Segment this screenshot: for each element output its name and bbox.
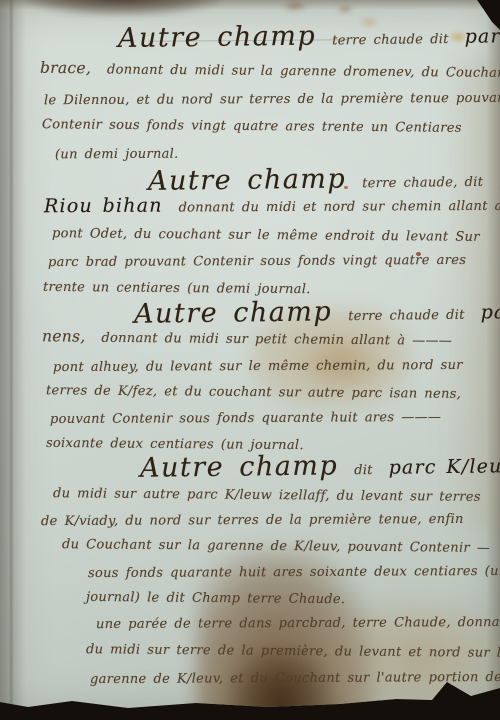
field-name-text: parc av hoar- xyxy=(464,24,500,48)
handwritten-text: donnant du midi et nord sur chemin allan… xyxy=(179,199,500,216)
manuscript-line: une parée de terre dans parcbrad, terre … xyxy=(96,611,500,632)
manuscript-line: du Couchant sur la garenne de K/leuv, po… xyxy=(62,533,490,556)
handwritten-text: terre chaude, dit xyxy=(362,175,483,191)
manuscript-line: pont alhuey, du levant sur le même chemi… xyxy=(53,354,463,375)
manuscript-line: journal) le dit Champ terre Chaude. xyxy=(86,586,346,607)
field-heading-text: Autre champ xyxy=(140,450,339,483)
handwritten-text: Contenir sous fonds vingt quatre ares tr… xyxy=(42,117,462,136)
manuscript-line: Riou bihan donnant du midi et nord sur c… xyxy=(44,193,500,217)
manuscript-line: terres de K/fez, et du couchant sur autr… xyxy=(46,379,461,402)
handwritten-text: pont alhuey, du levant sur le même chemi… xyxy=(53,358,463,375)
field-name-text: Riou bihan xyxy=(44,195,163,218)
manuscript-line: soixante deux centiares (un journal. xyxy=(46,432,304,453)
manuscript-line: Autre champ terre chaude dit parc isan xyxy=(134,293,500,329)
manuscript-line: pont Odet, du couchant sur le même endro… xyxy=(52,222,480,245)
handwritten-text: garenne de K/leuv, et du Couchant sur l'… xyxy=(90,670,500,687)
paper-sheet: Autre champ terre chaude dit parc av hoa… xyxy=(0,0,500,720)
manuscript-line: du midi sur terre de la première, du lev… xyxy=(86,638,500,661)
manuscript-line: parc brad prouvant Contenir sous fonds v… xyxy=(48,249,466,270)
manuscript-line: (un demi journal. xyxy=(55,143,179,163)
handwritten-text: donnant du midi sur petit chemin allant … xyxy=(101,331,452,349)
paper-edge-shadow-top xyxy=(0,0,500,10)
manuscript-line: Contenir sous fonds vingt quatre ares tr… xyxy=(42,113,462,136)
handwritten-text: trente un centiares (un demi journal. xyxy=(43,280,311,297)
paper-crease xyxy=(0,0,30,720)
manuscript-line: Autre champ terre chaude dit parc av hoa… xyxy=(118,17,500,54)
handwritten-text: pont Odet, du couchant sur le même endro… xyxy=(52,226,480,245)
field-name-text: parc K/leuw, xyxy=(388,455,500,479)
handwritten-text: du midi sur autre parc K/leuw izellaff, … xyxy=(53,486,481,505)
handwritten-text: de K/viady, du nord sur terres de la pre… xyxy=(41,512,464,529)
manuscript-photo: Autre champ terre chaude dit parc av hoa… xyxy=(0,0,500,720)
handwritten-text: parc brad prouvant Contenir sous fonds v… xyxy=(48,253,466,270)
manuscript-line: garenne de K/leuv, et du Couchant sur l'… xyxy=(90,666,500,687)
handwritten-text: du midi sur terre de la première, du lev… xyxy=(86,642,500,661)
field-name-text: parc isan xyxy=(480,300,500,323)
handwritten-text: terre chaude dit xyxy=(332,32,449,48)
handwritten-text: (un demi journal. xyxy=(55,147,179,163)
handwritten-text: sous fonds quarante huit ares soixante d… xyxy=(88,564,500,581)
handwritten-text: terre chaude dit xyxy=(348,308,465,324)
manuscript-line: sous fonds quarante huit ares soixante d… xyxy=(88,560,500,581)
handwritten-text: nens, xyxy=(42,327,86,345)
handwritten-text: pouvant Contenir sous fonds quarante hui… xyxy=(50,410,441,427)
handwritten-text: donnant du midi sur la garenne dromenev,… xyxy=(107,62,500,81)
field-heading-text: Autre champ xyxy=(148,163,347,196)
field-heading-text: Autre champ xyxy=(134,296,333,329)
handwritten-text: du Couchant sur la garenne de K/leuv, po… xyxy=(62,537,490,556)
handwritten-text: brace, xyxy=(40,59,91,77)
manuscript-line: Autre champ dit parc K/leuw, donnant xyxy=(140,447,500,484)
manuscript-line: nens, donnant du midi sur petit chemin a… xyxy=(42,326,452,349)
manuscript-line: pouvant Contenir sous fonds quarante hui… xyxy=(50,406,441,427)
manuscript-line: trente un centiares (un demi journal. xyxy=(43,276,311,297)
manuscript-line: brace, donnant du midi sur la garenne dr… xyxy=(40,58,500,81)
manuscript-line: du midi sur autre parc K/leuw izellaff, … xyxy=(53,482,481,505)
field-heading-text: Autre champ xyxy=(118,21,317,54)
handwritten-text: une parée de terre dans parcbrad, terre … xyxy=(96,615,500,632)
handwritten-text: terres de K/fez, et du couchant sur autr… xyxy=(46,383,461,402)
handwritten-text: journal) le dit Champ terre Chaude. xyxy=(86,590,345,607)
manuscript-line: le Dilennou, et du nord sur terres de la… xyxy=(44,87,500,108)
handwritten-text: dit xyxy=(354,463,373,478)
handwritten-text: le Dilennou, et du nord sur terres de la… xyxy=(44,91,500,108)
manuscript-line: Autre champ terre chaude, dit parc menez xyxy=(148,160,500,197)
manuscript-line: de K/viady, du nord sur terres de la pre… xyxy=(41,508,464,529)
